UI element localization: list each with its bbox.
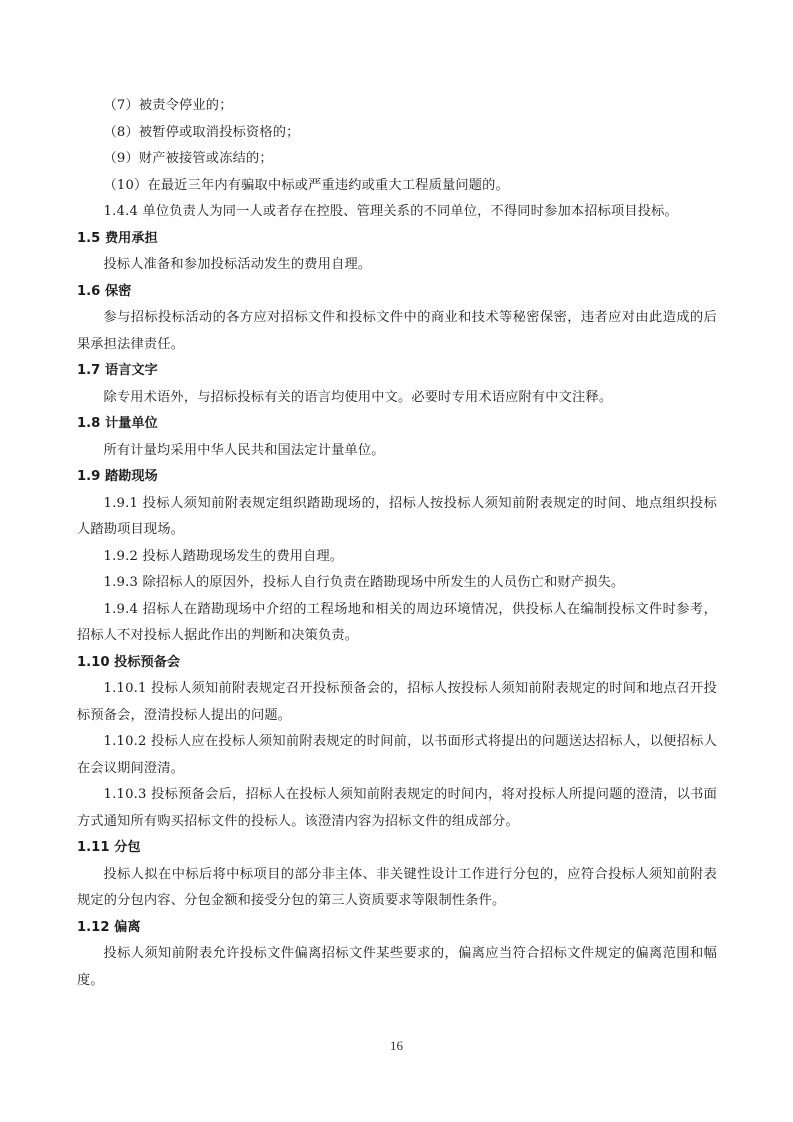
section-heading-1-9: 1.9 踏勘现场 (77, 464, 717, 491)
section-heading-1-10: 1.10 投标预备会 (77, 650, 717, 677)
section-heading-1-8: 1.8 计量单位 (77, 411, 717, 438)
paragraph: 除专用术语外，与招标投标有关的语言均使用中文。必要时专用术语应附有中文注释。 (77, 385, 717, 412)
paragraph-1-9-4: 1.9.4 招标人在踏勘现场中介绍的工程场地和相关的周边环境情况，供投标人在编制… (77, 597, 717, 650)
paragraph: 所有计量均采用中华人民共和国法定计量单位。 (77, 438, 717, 465)
document-body: （7）被责令停业的； （8）被暂停或取消投标资格的； （9）财产被接管或冻结的；… (77, 93, 717, 994)
paragraph-1-9-1: 1.9.1 投标人须知前附表规定组织踏勘现场的，招标人按投标人须知前附表规定的时… (77, 491, 717, 544)
list-item: （9）财产被接管或冻结的； (77, 146, 717, 173)
paragraph-1-9-3: 1.9.3 除招标人的原因外，投标人自行负责在踏勘现场中所发生的人员伤亡和财产损… (77, 570, 717, 597)
paragraph: 投标人须知前附表允许投标文件偏离招标文件某些要求的，偏离应当符合招标文件规定的偏… (77, 941, 717, 994)
list-item: （8）被暂停或取消投标资格的； (77, 120, 717, 147)
paragraph-1-10-3: 1.10.3 投标预备会后，招标人在投标人须知前附表规定的时间内，将对投标人所提… (77, 782, 717, 835)
paragraph: 参与招标投标活动的各方应对招标文件和投标文件中的商业和技术等秘密保密，违者应对由… (77, 305, 717, 358)
paragraph-1-9-2: 1.9.2 投标人踏勘现场发生的费用自理。 (77, 544, 717, 571)
list-item: （10）在最近三年内有骗取中标或严重违约或重大工程质量问题的。 (77, 173, 717, 200)
paragraph: 投标人拟在中标后将中标项目的部分非主体、非关键性设计工作进行分包的，应符合投标人… (77, 862, 717, 915)
section-heading-1-5: 1.5 费用承担 (77, 226, 717, 253)
paragraph: 投标人准备和参加投标活动发生的费用自理。 (77, 252, 717, 279)
paragraph-1-4-4: 1.4.4 单位负责人为同一人或者存在控股、管理关系的不同单位，不得同时参加本招… (77, 199, 717, 226)
list-item: （7）被责令停业的； (77, 93, 717, 120)
section-heading-1-11: 1.11 分包 (77, 835, 717, 862)
paragraph-1-10-1: 1.10.1 投标人须知前附表规定召开投标预备会的，招标人按投标人须知前附表规定… (77, 676, 717, 729)
section-heading-1-12: 1.12 偏离 (77, 915, 717, 942)
paragraph-1-10-2: 1.10.2 投标人应在投标人须知前附表规定的时间前，以书面形式将提出的问题送达… (77, 729, 717, 782)
section-heading-1-6: 1.6 保密 (77, 279, 717, 306)
page-number: 16 (0, 1038, 793, 1054)
section-heading-1-7: 1.7 语言文字 (77, 358, 717, 385)
